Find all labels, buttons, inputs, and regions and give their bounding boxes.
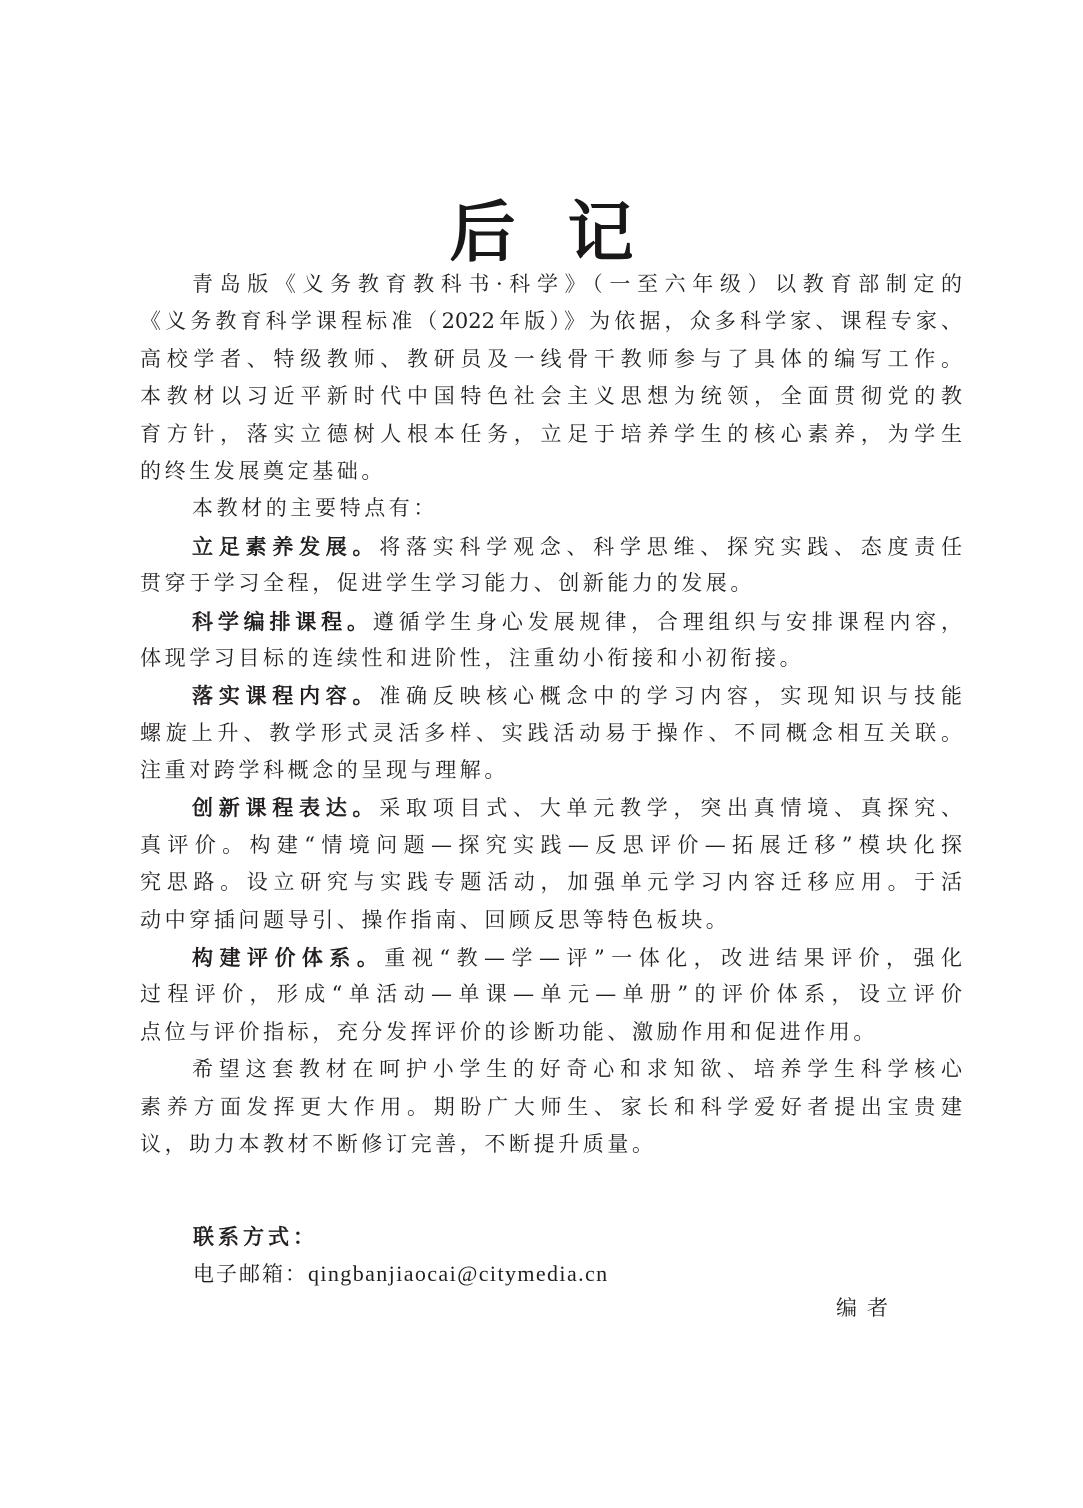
contact-block: 联系方式： 电子邮箱：qingbanjiaocai@citymedia.cn [193, 1218, 609, 1293]
features-intro: 本教材的主要特点有： [192, 490, 438, 527]
text-line: 育方针，落实立德树人根本任务，立足于培养学生的核心素养，为学生 [140, 416, 962, 453]
text-line: 过程评价，形成“单活动—单课—单元—单册”的评价体系，设立评价 [140, 976, 962, 1013]
page-title: 后记 [0, 192, 1083, 272]
paragraph-text: 的终生发展奠定基础。 [140, 453, 386, 490]
paragraph-text: 本教材以习近平新时代中国特色社会主义思想为统领，全面贯彻党的教 [140, 378, 962, 415]
feature-heading: 创新课程表达。 [192, 795, 379, 820]
text-line: 本教材的主要特点有： [140, 490, 962, 527]
email-label: 电子邮箱： [193, 1262, 308, 1286]
feature-heading: 落实课程内容。 [192, 683, 379, 708]
feature-text: 采取项目式、大单元教学，突出真情境、真探究、 [379, 796, 962, 820]
feature-heading: 科学编排课程。 [192, 609, 373, 634]
feature-line: 立足素养发展。将落实科学观念、科学思维、探究实践、态度责任 [140, 528, 962, 565]
closing-text: 议，助力本教材不断修订完善，不断提升质量。 [140, 1126, 657, 1163]
feature-text: 真评价。构建“情境问题—探究实践—反思评价—拓展迁移”模块化探 [140, 827, 962, 864]
feature-text: 点位与评价指标，充分发挥评价的诊断功能、激励作用和促进作用。 [140, 1014, 878, 1051]
paragraph-text: 育方针，落实立德树人根本任务，立足于培养学生的核心素养，为学生 [140, 416, 962, 453]
feature-text: 贯穿于学习全程，促进学生学习能力、创新能力的发展。 [140, 565, 755, 602]
feature-line: 科学编排课程。遵循学生身心发展规律，合理组织与安排课程内容， [140, 603, 962, 640]
author-signature: 编者 [836, 1290, 898, 1327]
feature-line: 构建评价体系。重视“教—学—评”一体化，改进结果评价，强化 [140, 939, 962, 976]
feature-text: 究思路。设立研究与实践专题活动，加强单元学习内容迁移应用。于活 [140, 864, 962, 901]
paragraph-text: 《义务教育科学课程标准（2022年版）》为依据，众多科学家、课程专家、 [140, 303, 962, 340]
text-line: 《义务教育科学课程标准（2022年版）》为依据，众多科学家、课程专家、 [140, 303, 962, 340]
text-line: 的终生发展奠定基础。 [140, 453, 962, 490]
text-line: 注重对跨学科概念的呈现与理解。 [140, 752, 962, 789]
text-line: 点位与评价指标，充分发挥评价的诊断功能、激励作用和促进作用。 [140, 1014, 962, 1051]
text-line: 高校学者、特级教师、教研员及一线骨干教师参与了具体的编写工作。 [140, 341, 962, 378]
closing-text: 希望这套教材在呵护小学生的好奇心和求知欲、培养学生科学核心 [192, 1051, 962, 1088]
email-row: 电子邮箱：qingbanjiaocai@citymedia.cn [193, 1255, 609, 1293]
text-line: 体现学习目标的连续性和进阶性，注重幼小衔接和小初衔接。 [140, 640, 962, 677]
feature-text: 体现学习目标的连续性和进阶性，注重幼小衔接和小初衔接。 [140, 640, 804, 677]
text-line: 本教材以习近平新时代中国特色社会主义思想为统领，全面贯彻党的教 [140, 378, 962, 415]
text-line: 真评价。构建“情境问题—探究实践—反思评价—拓展迁移”模块化探 [140, 827, 962, 864]
feature-heading: 构建评价体系。 [192, 945, 384, 970]
feature-text: 动中穿插问题导引、操作指南、回顾反思等特色板块。 [140, 902, 730, 939]
feature-text: 准确反映核心概念中的学习内容，实现知识与技能 [379, 684, 962, 708]
text-line: 青岛版《义务教育教科书·科学》（一至六年级）以教育部制定的 [140, 266, 962, 303]
feature-heading: 立足素养发展。 [192, 534, 379, 559]
text-line: 螺旋上升、教学形式灵活多样、实践活动易于操作、不同概念相互关联。 [140, 715, 962, 752]
email-address[interactable]: qingbanjiaocai@citymedia.cn [308, 1261, 609, 1286]
text-line: 究思路。设立研究与实践专题活动，加强单元学习内容迁移应用。于活 [140, 864, 962, 901]
contact-heading: 联系方式： [193, 1218, 609, 1255]
feature-text: 过程评价，形成“单活动—单课—单元—单册”的评价体系，设立评价 [140, 976, 962, 1013]
text-line: 议，助力本教材不断修订完善，不断提升质量。 [140, 1126, 962, 1163]
paragraph-text: 青岛版《义务教育教科书·科学》（一至六年级）以教育部制定的 [192, 266, 962, 303]
feature-text: 注重对跨学科概念的呈现与理解。 [140, 752, 509, 789]
feature-line: 创新课程表达。采取项目式、大单元教学，突出真情境、真探究、 [140, 789, 962, 826]
feature-text: 遵循学生身心发展规律，合理组织与安排课程内容， [373, 610, 962, 634]
closing-text: 素养方面发挥更大作用。期盼广大师生、家长和科学爱好者提出宝贵建 [140, 1089, 962, 1126]
feature-line: 落实课程内容。准确反映核心概念中的学习内容，实现知识与技能 [140, 677, 962, 714]
feature-text: 将落实科学观念、科学思维、探究实践、态度责任 [379, 535, 962, 559]
text-line: 贯穿于学习全程，促进学生学习能力、创新能力的发展。 [140, 565, 962, 602]
feature-text: 重视“教—学—评”一体化，改进结果评价，强化 [384, 946, 962, 970]
text-line: 动中穿插问题导引、操作指南、回顾反思等特色板块。 [140, 902, 962, 939]
feature-text: 螺旋上升、教学形式灵活多样、实践活动易于操作、不同概念相互关联。 [140, 715, 962, 752]
paragraph-text: 高校学者、特级教师、教研员及一线骨干教师参与了具体的编写工作。 [140, 341, 962, 378]
document-page: 后记 青岛版《义务教育教科书·科学》（一至六年级）以教育部制定的 《义务教育科学… [0, 0, 1083, 1508]
afterword-body: 青岛版《义务教育教科书·科学》（一至六年级）以教育部制定的 《义务教育科学课程标… [140, 266, 962, 1163]
text-line: 素养方面发挥更大作用。期盼广大师生、家长和科学爱好者提出宝贵建 [140, 1089, 962, 1126]
text-line: 希望这套教材在呵护小学生的好奇心和求知欲、培养学生科学核心 [140, 1051, 962, 1088]
